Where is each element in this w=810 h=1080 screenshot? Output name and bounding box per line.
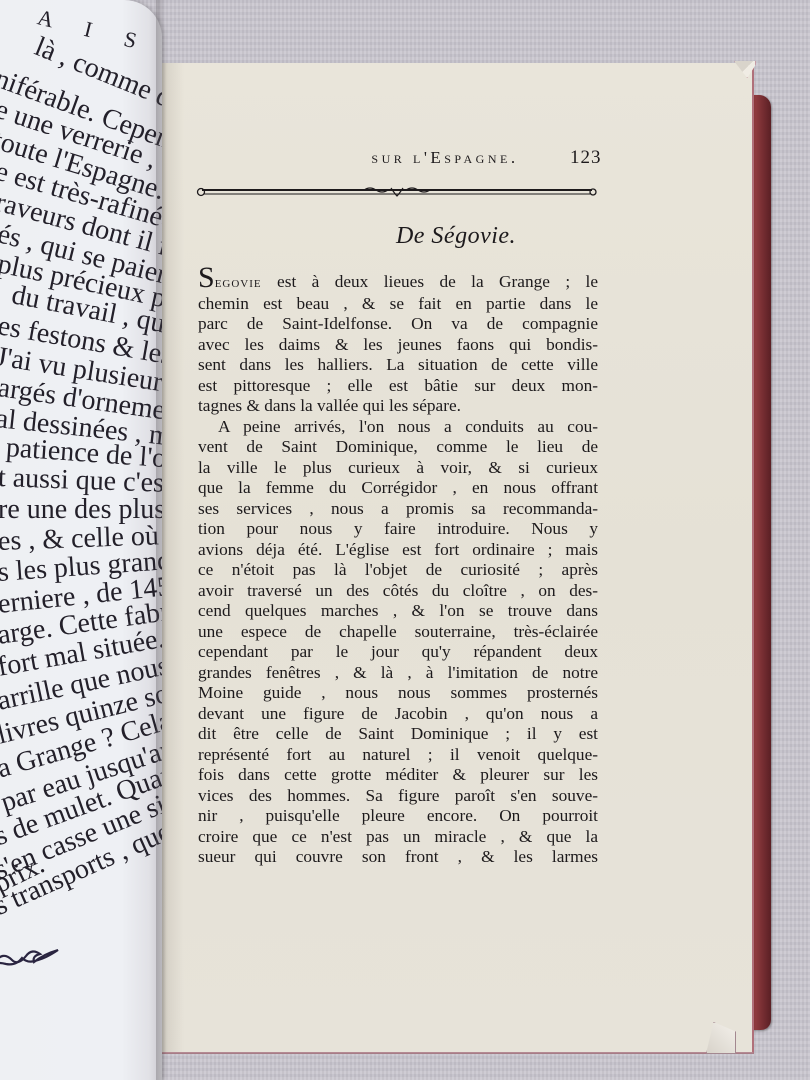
text-line: représenté fort au naturel ; il venoit q… — [198, 745, 598, 766]
drop-cap: S — [198, 261, 215, 294]
text-line: sueur qui couvre son front , & les larme… — [198, 847, 598, 868]
text-line: avoir traversé un des côtés du cloître ,… — [198, 581, 598, 602]
tailpiece-ornament-icon — [0, 942, 64, 974]
text-line: avions déja été. L'église est fort ordin… — [198, 540, 598, 561]
chapter-title: De Ségovie. — [160, 223, 752, 250]
paragraph-1: Segovie est à deux lieues de la Grange ;… — [198, 269, 598, 417]
text-line: avec les daims & les jeunes faons qui bo… — [198, 335, 598, 356]
text-line: devant une figure de Jacobin , qu'on nou… — [198, 704, 598, 725]
ornamental-rule-icon — [196, 185, 598, 199]
small-caps-word: egovie — [215, 274, 262, 291]
text-line: tion pour nous y faire introduire. Nous … — [198, 519, 598, 540]
text-line: nir , puisqu'elle pleure encore. On pour… — [198, 806, 598, 827]
gutter-shadow — [156, 0, 166, 1080]
text-line: ses services , nous a promis sa recomman… — [198, 499, 598, 520]
body-text: Segovie est à deux lieues de la Grange ;… — [198, 269, 598, 868]
text-line: vent de Saint Dominique, comme le lieu d… — [198, 437, 598, 458]
text-line: ce n'étoit pas là l'objet de curiosité ;… — [198, 560, 598, 581]
folded-corner-top — [734, 61, 756, 78]
text-line: vices des hommes. Sa figure paroît s'en … — [198, 786, 598, 807]
page-number: 123 — [570, 147, 600, 169]
left-page-text: A I S là , comme dans le niférable. Cepe… — [0, 0, 162, 1080]
running-head: sur l'Espagne. — [285, 148, 605, 168]
text-line: la ville le plus curieux à voir, & si cu… — [198, 458, 598, 479]
text-line: croire que ce n'est pas un miracle , & q… — [198, 827, 598, 848]
text-line: parc de Saint-Idelfonse. On va de compag… — [198, 314, 598, 335]
text-line: grandes fenêtres , & là , à l'imitation … — [198, 663, 598, 684]
text-line: que la femme du Corrégidor , en nous off… — [198, 478, 598, 499]
paragraph-2: A peine arrivés, l'on nous a conduits au… — [198, 417, 598, 868]
folded-corner-bottom — [706, 1022, 736, 1054]
text-line: cend quelques marches , & l'on se trouve… — [198, 601, 598, 622]
text-line: tagnes & dans la vallée qui les sépare. — [198, 396, 598, 417]
text-line: cependant par le jour qu'y répandent deu… — [198, 642, 598, 663]
text-line: A peine arrivés, l'on nous a conduits au… — [198, 417, 598, 438]
right-page: sur l'Espagne. 123 De Ségovie. Segovie e… — [160, 63, 754, 1053]
text-line: est pittoresque ; elle est bâtie sur deu… — [198, 376, 598, 397]
text-line: Moine guide , nous nous sommes prosterné… — [198, 683, 598, 704]
text-line: dit être celle de Saint Dominique ; il y… — [198, 724, 598, 745]
text-line: chemin est beau , & se fait en partie da… — [198, 294, 598, 315]
text-line: fois dans cette grotte méditer & pleurer… — [198, 765, 598, 786]
text-line: Segovie est à deux lieues de la Grange ;… — [198, 269, 598, 294]
text-line: sent dans les halliers. La situation de … — [198, 355, 598, 376]
text-line: une espece de chapelle souterraine, très… — [198, 622, 598, 643]
left-page: A I S là , comme dans le niférable. Cepe… — [0, 0, 162, 1080]
